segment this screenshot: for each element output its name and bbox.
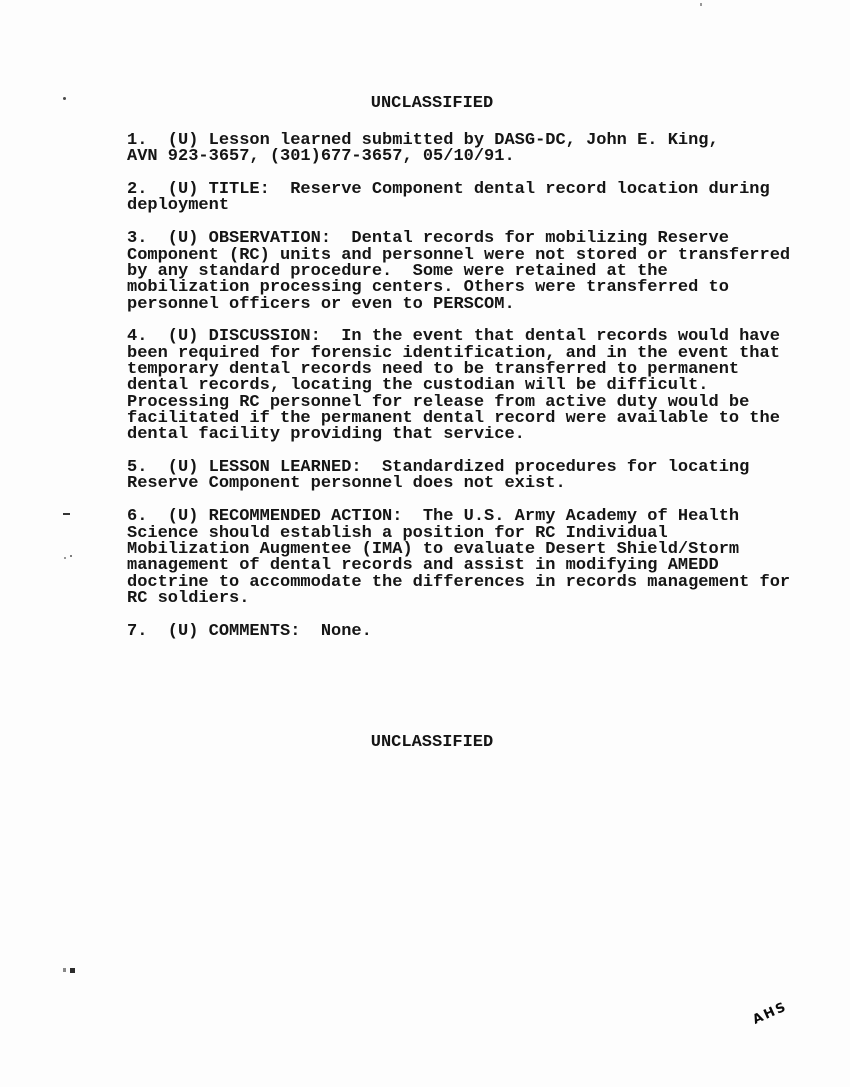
scan-speck <box>70 968 75 973</box>
document-body: 1. (U) Lesson learned submitted by DASG-… <box>127 133 817 657</box>
scan-speck <box>63 513 70 515</box>
paragraph-3-observation: 3. (U) OBSERVATION: Dental records for m… <box>127 231 817 312</box>
scan-speck <box>64 557 66 559</box>
paragraph-7-comments: 7. (U) COMMENTS: None. <box>127 624 817 640</box>
scan-speck <box>63 968 66 972</box>
paragraph-5-lesson-learned: 5. (U) LESSON LEARNED: Standardized proc… <box>127 460 817 493</box>
scanned-document-page: UNCLASSIFIED 1. (U) Lesson learned submi… <box>0 0 850 1087</box>
paragraph-2-title: 2. (U) TITLE: Reserve Component dental r… <box>127 182 817 215</box>
scan-speck <box>700 3 702 6</box>
paragraph-4-discussion: 4. (U) DISCUSSION: In the event that den… <box>127 329 817 443</box>
scan-speck <box>70 555 72 557</box>
scan-speck <box>63 97 66 100</box>
paragraph-6-recommended-action: 6. (U) RECOMMENDED ACTION: The U.S. Army… <box>127 509 817 607</box>
classification-footer: UNCLASSIFIED <box>0 735 850 751</box>
handwritten-initials-note: AHS <box>751 999 790 1027</box>
paragraph-1-lesson-submitted: 1. (U) Lesson learned submitted by DASG-… <box>127 133 817 166</box>
classification-header: UNCLASSIFIED <box>0 96 850 112</box>
